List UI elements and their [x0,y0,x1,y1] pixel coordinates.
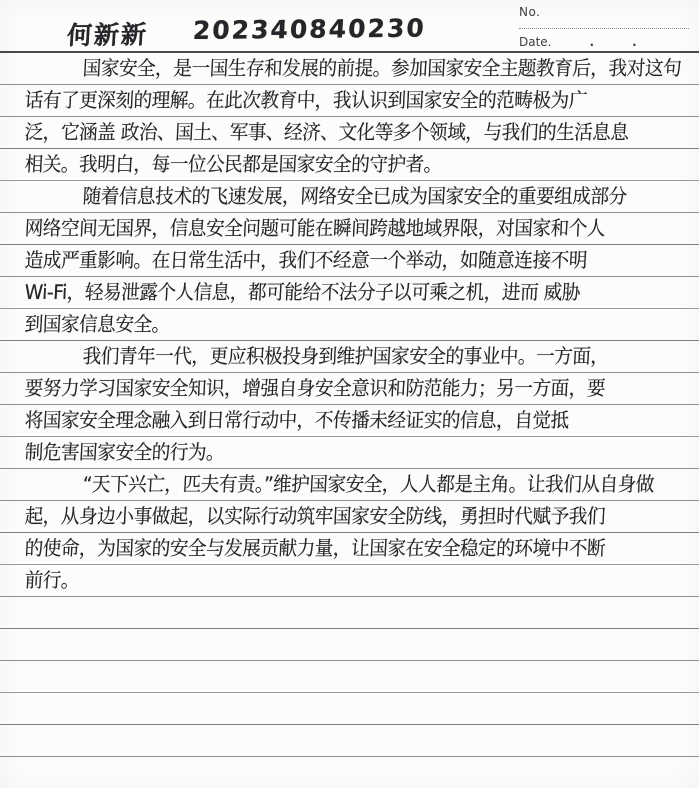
essay-line: 话有了更深刻的理解。在此次教育中，我认识到国家安全的范畴极为广 [0,85,699,117]
essay-line-text: 制危害国家安全的行为。 [24,437,225,467]
essay-line-text: 前行。 [24,565,80,595]
ruled-line-empty [0,661,699,693]
no-fill-line [519,19,689,29]
essay-line: 的使命，为国家的安全与发展贡献力量，让国家在安全稳定的环境中不断 [0,533,699,565]
essay-line-text: Wi-Fi，轻易泄露个人信息，都可能给不法分子以可乘之机，进而 威胁 [24,277,581,307]
essay-line-text: 相关。我明白，每一位公民都是国家安全的守护者。 [24,149,443,179]
essay-line-text: 随着信息技术的飞速发展，网络安全已成为国家安全的重要组成部分 [82,181,628,211]
essay-line-text: 网络空间无国界，信息安全问题可能在瞬间跨越地域界限，对国家和个人 [24,213,606,243]
essay-line: 随着信息技术的飞速发展，网络安全已成为国家安全的重要组成部分 [0,181,699,213]
essay-line: 将国家安全理念融入到日常行动中，不传播未经证实的信息，自觉抵 [0,405,699,437]
essay-line: Wi-Fi，轻易泄露个人信息，都可能给不法分子以可乘之机，进而 威胁 [0,277,699,309]
page-header: 何新新 202340840230 No. Date. . . [0,0,699,53]
essay-line: 起，从身边小事做起，以实际行动筑牢国家安全防线，勇担时代赋予我们 [0,501,699,533]
essay-line-text: 话有了更深刻的理解。在此次教育中，我认识到国家安全的范畴极为广 [24,85,588,115]
notebook-page: 何新新 202340840230 No. Date. . . 国家安全，是一国生… [0,0,699,788]
essay-line: 造成严重影响。在日常生活中，我们不经意一个举动，如随意连接不明 [0,245,699,277]
essay-line: 到国家信息安全。 [0,309,699,341]
essay-line-text: 我们青年一代，更应积极投身到维护国家安全的事业中。一方面， [82,341,609,371]
no-date-block: No. Date. . . [519,5,689,49]
essay-line-text: 造成严重影响。在日常生活中，我们不经意一个举动，如随意连接不明 [24,245,588,275]
student-id: 202340840230 [192,14,427,45]
essay-line: 我们青年一代，更应积极投身到维护国家安全的事业中。一方面， [0,341,699,373]
essay-line-text: 国家安全，是一国生存和发展的前提。参加国家安全主题教育后，我对这句 [82,53,682,83]
essay-line: 前行。 [0,565,699,597]
essay-line: 制危害国家安全的行为。 [0,437,699,469]
student-name: 何新新 [66,15,149,52]
date-separator-dot: . [632,35,637,49]
essay-line: 国家安全，是一国生存和发展的前提。参加国家安全主题教育后，我对这句 [0,53,699,85]
essay-line: 要努力学习国家安全知识，增强自身安全意识和防范能力；另一方面，要 [0,373,699,405]
date-row: Date. . . [519,35,689,49]
essay-line-text: 泛，它涵盖 政治、国土、军事、经济、文化等多个领域，与我们的生活息息 [24,117,629,147]
ruled-line-empty [0,597,699,629]
essay-line-text: “天下兴亡，匹夫有责。”维护国家安全，人人都是主角。让我们从自身做 [82,469,655,499]
date-label: Date. [519,35,552,49]
ruled-line-empty [0,725,699,757]
essay-line: 网络空间无国界，信息安全问题可能在瞬间跨越地域界限，对国家和个人 [0,213,699,245]
ruled-line-empty [0,693,699,725]
no-label: No. [519,5,689,19]
essay-line: 泛，它涵盖 政治、国土、军事、经济、文化等多个领域，与我们的生活息息 [0,117,699,149]
essay-body: 国家安全，是一国生存和发展的前提。参加国家安全主题教育后，我对这句 话有了更深刻… [0,53,699,788]
essay-line-text: 的使命，为国家的安全与发展贡献力量，让国家在安全稳定的环境中不断 [24,533,606,563]
essay-line-text: 要努力学习国家安全知识，增强自身安全意识和防范能力；另一方面，要 [24,373,606,403]
essay-line-text: 起，从身边小事做起，以实际行动筑牢国家安全防线，勇担时代赋予我们 [24,501,606,531]
ruled-line-empty [0,629,699,661]
date-separator-dot: . [590,35,595,49]
essay-line-text: 到国家信息安全。 [24,309,171,339]
essay-line: 相关。我明白，每一位公民都是国家安全的守护者。 [0,149,699,181]
essay-line: “天下兴亡，匹夫有责。”维护国家安全，人人都是主角。让我们从自身做 [0,469,699,501]
ruled-line-empty [0,757,699,788]
essay-line-text: 将国家安全理念融入到日常行动中，不传播未经证实的信息，自觉抵 [24,405,570,435]
